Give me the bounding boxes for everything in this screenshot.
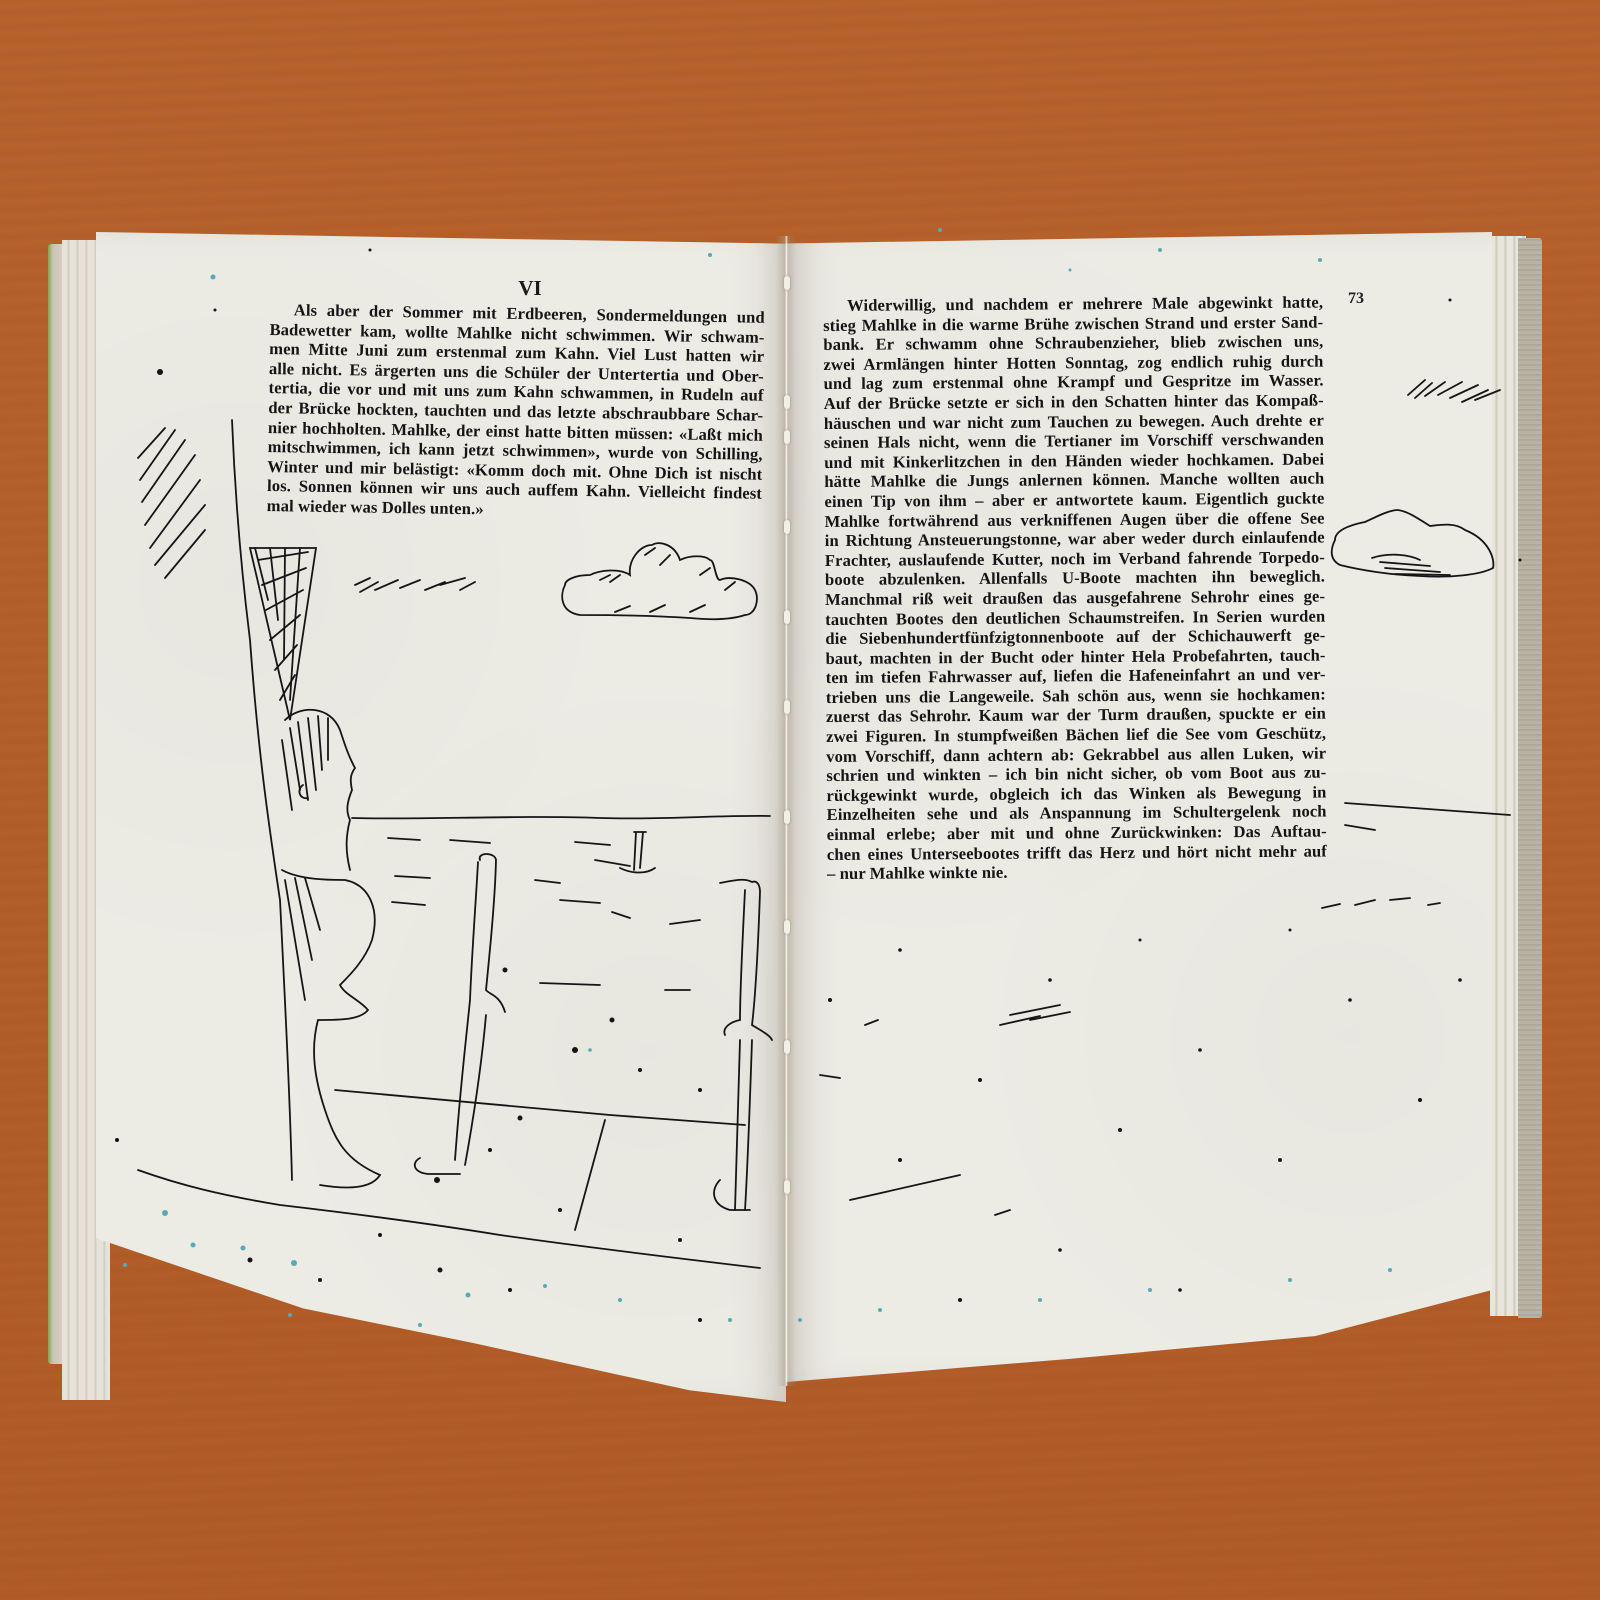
binding-stitch [784, 920, 790, 934]
chapter-heading: VI [490, 276, 570, 301]
right-cover-edge [1518, 238, 1542, 1318]
binding-stitch [784, 430, 790, 444]
binding-stitch [784, 810, 790, 824]
binding-stitch [784, 610, 790, 624]
left-page-paragraph: Als aber der Sommer mit Erdbeeren, Sonde… [267, 300, 765, 523]
open-book: VI Als aber der Sommer mit Erdbeeren, So… [0, 0, 1600, 1600]
binding-stitch [784, 1040, 790, 1054]
text-line: – nur Mahlke winkte nie. [827, 861, 1327, 884]
binding-stitch [784, 276, 790, 290]
binding-stitch [784, 520, 790, 534]
binding-stitch [784, 1180, 790, 1194]
page-number: 73 [1348, 290, 1364, 308]
binding-stitch [784, 700, 790, 714]
text-line: chen eines Unterseebootes trifft das Her… [827, 841, 1327, 864]
right-page-paragraph: Widerwillig, und nachdem er mehrere Male… [823, 293, 1327, 884]
binding-stitch [784, 395, 790, 409]
